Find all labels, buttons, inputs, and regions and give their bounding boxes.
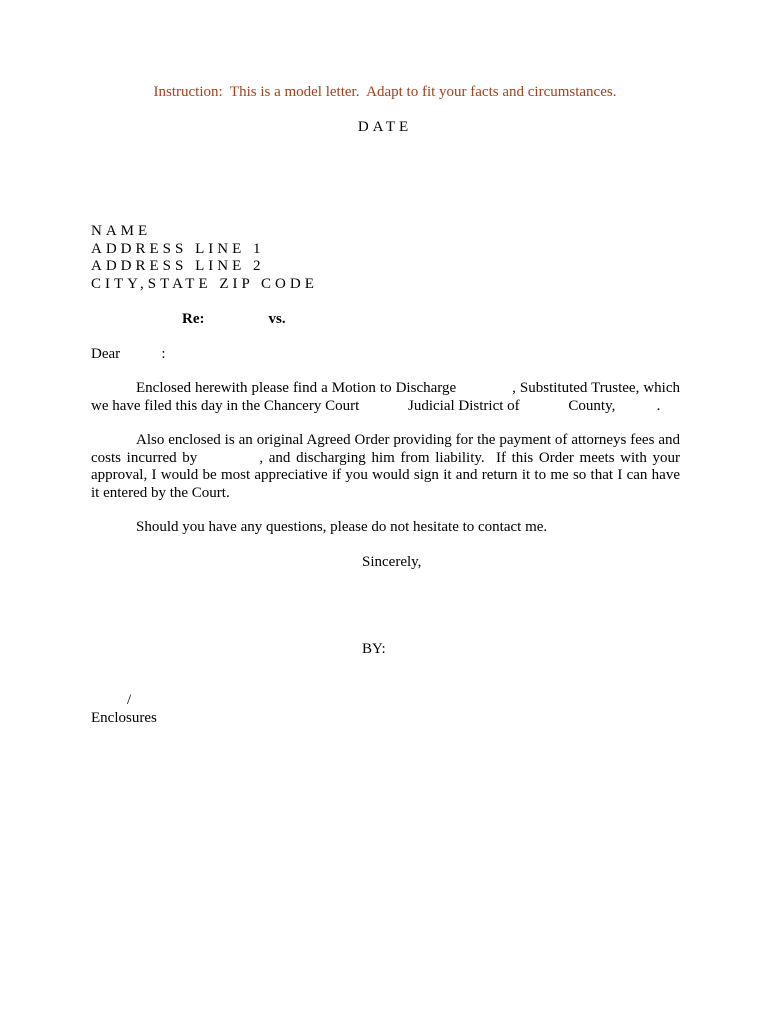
instruction-note: Instruction: This is a model letter. Ada… <box>0 84 770 102</box>
recipient-address-line-2: ADDRESS LINE 2 <box>91 258 318 276</box>
vs-label: vs. <box>269 311 286 327</box>
typist-initials-line: / <box>127 692 131 710</box>
body-paragraph-questions: Should you have any questions, please do… <box>91 519 680 537</box>
body-paragraph-agreed-order: Also enclosed is an original Agreed Orde… <box>91 432 680 502</box>
reference-line: Re:vs. <box>182 311 286 329</box>
date-placeholder: DATE <box>0 119 770 137</box>
body-paragraph-enclosed-motion: Enclosed herewith please find a Motion t… <box>91 380 680 415</box>
enclosures-label: Enclosures <box>91 710 157 728</box>
re-label: Re: <box>182 311 205 327</box>
salutation-line: Dear : <box>91 346 166 364</box>
letter-page: Instruction: This is a model letter. Ada… <box>0 0 770 1024</box>
recipient-name: NAME <box>91 223 318 241</box>
signature-by-label: BY: <box>362 641 386 659</box>
closing-sincerely: Sincerely, <box>362 554 421 572</box>
recipient-address-line-1: ADDRESS LINE 1 <box>91 241 318 259</box>
recipient-address-block: NAME ADDRESS LINE 1 ADDRESS LINE 2 CITY,… <box>91 223 318 293</box>
recipient-city-state-zip: CITY,STATE ZIP CODE <box>91 276 318 294</box>
